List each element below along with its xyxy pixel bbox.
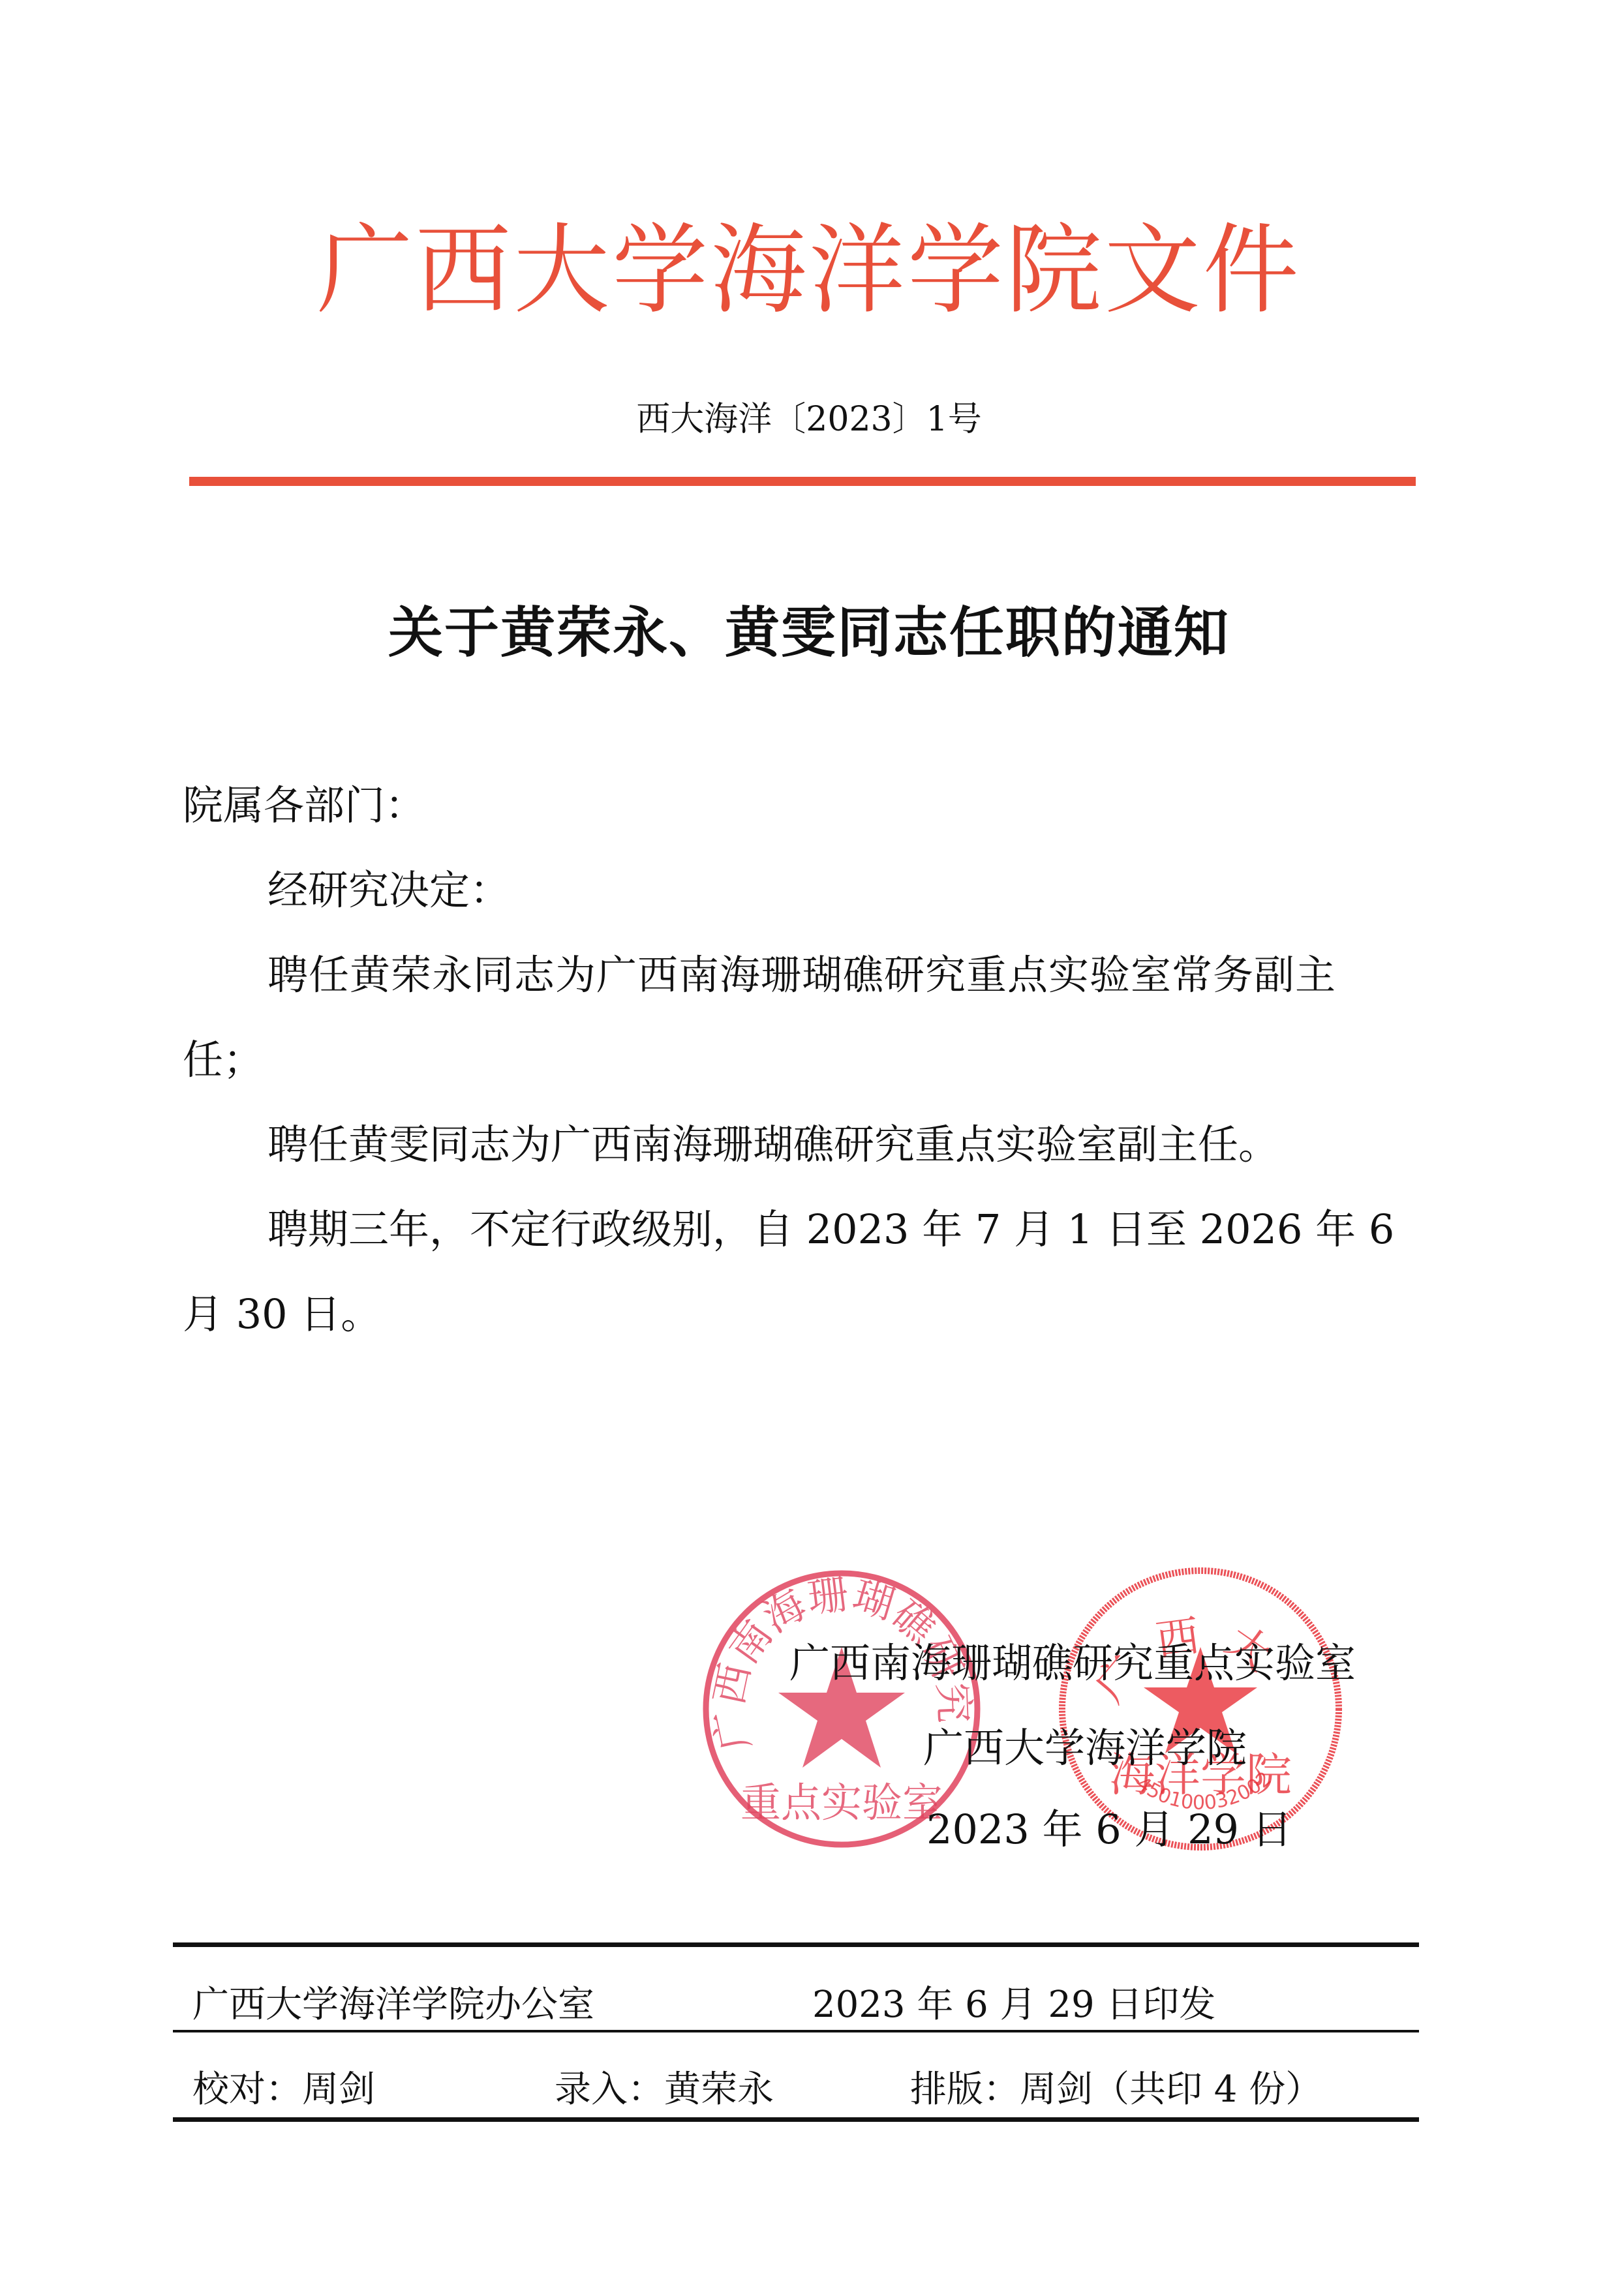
footer-top-rule [173, 1942, 1419, 1947]
body-paragraph: 聘期三年，不定行政级别，自 2023 年 7 月 1 日至 2026 年 6 [267, 1203, 1507, 1256]
salutation: 院属各部门： [183, 779, 1422, 832]
footer-issue-date: 2023 年 6 月 29 日印发 [812, 1982, 1215, 2029]
footer-bottom-rule [173, 2117, 1419, 2122]
footer-proofreader: 校对：周剑 [192, 2066, 375, 2113]
svg-text:重点实验室: 重点实验室 [740, 1779, 943, 1826]
footer-typist: 录入：黄荣永 [555, 2066, 774, 2113]
red-header-rule [189, 477, 1416, 486]
footer-middle-rule [173, 2030, 1419, 2032]
body-paragraph: 聘任黄雯同志为广西南海珊瑚礁研究重点实验室副主任。 [267, 1119, 1507, 1171]
signature-org-lab: 广西南海珊瑚礁研究重点实验室 [789, 1637, 1356, 1689]
body-paragraph: 经研究决定： [267, 864, 1507, 916]
notice-heading: 关于黄荣永、黄雯同志任职的通知 [0, 597, 1618, 669]
document-number: 西大海洋〔2023〕1号 [0, 397, 1618, 442]
body-paragraph-continuation: 任； [183, 1034, 1422, 1086]
body-paragraph: 聘任黄荣永同志为广西南海珊瑚礁研究重点实验室常务副主 [267, 949, 1507, 1001]
signature-date: 2023 年 6 月 29 日 [926, 1804, 1292, 1856]
footer-issuer: 广西大学海洋学院办公室 [192, 1982, 594, 2029]
body-paragraph-continuation: 月 30 日。 [183, 1288, 1422, 1340]
document-issuer-title: 广西大学海洋学院文件 [16, 215, 1602, 326]
signature-org-college: 广西大学海洋学院 [923, 1722, 1247, 1774]
footer-typesetter: 排版：周剑（共印 4 份） [910, 2066, 1322, 2113]
